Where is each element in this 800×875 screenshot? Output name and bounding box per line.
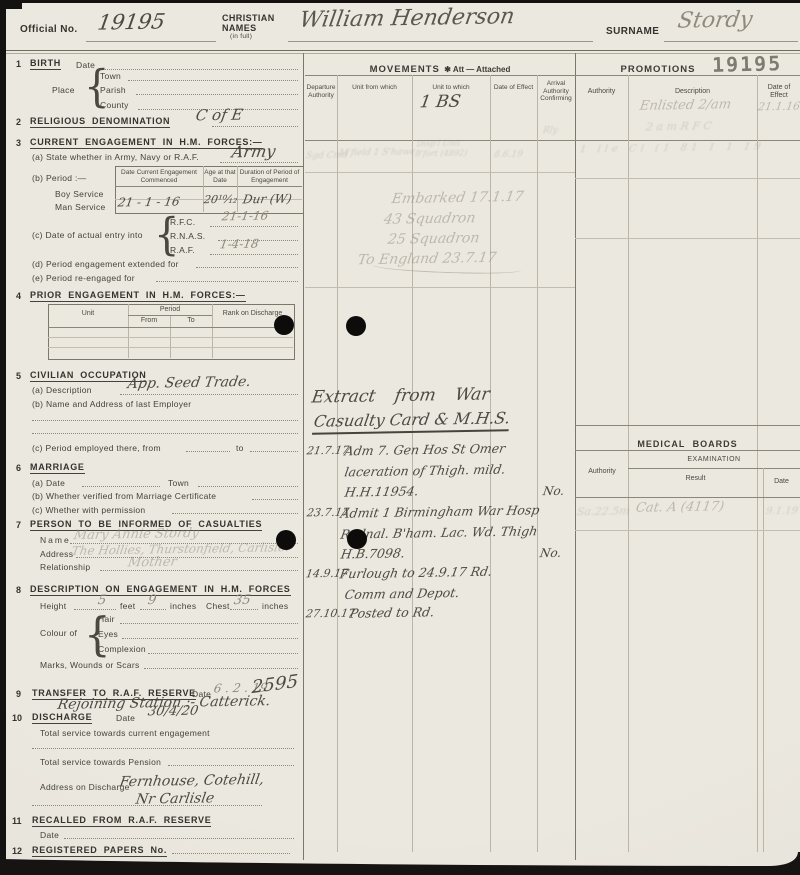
punch-hole [346, 316, 366, 336]
header-rule [6, 53, 800, 54]
form-line [120, 394, 298, 395]
s7-address-label: Address [40, 549, 73, 559]
marks-label: Marks, Wounds or Scars [40, 660, 140, 670]
movements-col-unit-to: Unit to which [414, 84, 488, 92]
height-feet-value: 5 [97, 593, 108, 608]
medical-entry-date: 9.1.19 [765, 506, 799, 518]
form-line [220, 162, 298, 163]
prior-period-label: Period [128, 306, 212, 314]
form-line [32, 433, 298, 434]
s8-num: 8 [16, 585, 21, 595]
punch-hole [276, 530, 296, 550]
movement-faint-arrival: Rly [542, 126, 558, 136]
s3-num: 3 [16, 138, 21, 148]
discharge-address-1: Fernhouse, Cotehill, [119, 772, 266, 791]
column-divider [575, 53, 576, 860]
form-line [252, 499, 298, 500]
movements-col-departure: Departure Authority [306, 84, 336, 99]
medical-box-top [575, 450, 800, 451]
table-line [48, 337, 293, 338]
s2-title: RELIGIOUS DENOMINATION [30, 116, 170, 128]
form-line [172, 853, 290, 854]
promotion-faint-line-2: 2 a m R F C [645, 119, 713, 133]
form-line [140, 609, 166, 610]
form-line [100, 69, 298, 70]
total-current-label: Total service towards current engagement [40, 728, 210, 738]
service-record-page: Official No. 19195 CHRISTIAN NAMES (in f… [0, 0, 800, 875]
period-col1: Date Current Engagement Commenced [117, 169, 201, 184]
s2-value: C of E [195, 106, 245, 125]
form-line [32, 748, 294, 749]
s7-rel-label: Relationship [40, 562, 90, 572]
eyes-label: Eyes [98, 629, 118, 639]
medical-header-rule [575, 497, 800, 498]
table-line [757, 75, 758, 852]
table-line [115, 186, 302, 187]
s3-a-value: Army [230, 142, 277, 162]
movements-col-date: Date of Effect [491, 84, 536, 92]
colour-label: Colour of [40, 628, 77, 638]
period-col2: Age at that Date [204, 169, 236, 184]
man-date: 21 - 1 - 16 [117, 194, 181, 209]
s6-title: MARRIAGE [30, 462, 85, 474]
s3-e-label: (e) Period re-engaged for [32, 273, 135, 283]
medical-title: MEDICAL BOARDS [637, 439, 737, 449]
promotions-header: PROMOTIONS [588, 59, 728, 77]
s3-b-label: (b) Period :— [32, 173, 86, 183]
promotion-entry-description: Enlisted 2/am [639, 97, 733, 114]
promotions-col-date: Date of Effect [758, 84, 800, 99]
medical-authority-label: Authority [577, 468, 627, 476]
movement-faint-unit-to-2: B'fort (4892) [414, 149, 468, 159]
entry-3-line2: Comm and Depot. [344, 585, 461, 602]
extract-title-1: Extract from War [310, 384, 491, 407]
movement-faint-date: 8.6.19 [493, 150, 523, 160]
s3-a-label: (a) State whether in Army, Navy or R.A.F… [32, 152, 199, 162]
christian-names-value: William Henderson [298, 4, 517, 33]
movement-log-1: Embarked 17.1.17 [391, 189, 525, 207]
handwritten-flourish [372, 259, 522, 275]
entry-3-line1: Furlough to 24.9.17 Rd. [339, 564, 494, 582]
s9-num: 9 [16, 689, 21, 699]
form-line [156, 281, 298, 282]
discharge-address-label: Address on Discharge [40, 782, 130, 792]
s1-place-label: Place [52, 85, 75, 95]
entry-1-line2: laceration of Thigh. mild. [344, 462, 507, 480]
s6-a-label: (a) Date [32, 478, 65, 488]
row-line [575, 530, 800, 531]
chest-label: Chest [206, 601, 230, 611]
s1-town-label: Town [100, 71, 121, 81]
table-line [763, 468, 764, 852]
s3-c-label: (c) Date of actual entry into [32, 230, 143, 240]
form-line [210, 226, 298, 227]
s1-parish-label: Parish [100, 85, 126, 95]
s1-num: 1 [16, 59, 21, 69]
period-col3: Duration of Period of Engagement [239, 169, 300, 184]
s4-title: PRIOR ENGAGEMENT IN H.M. FORCES:— [30, 290, 246, 302]
prior-to-label: To [170, 317, 212, 325]
table-line [628, 75, 629, 852]
movement-log-3: 25 Squadron [387, 230, 481, 248]
punch-hole [347, 529, 367, 549]
entry-1-line1: Adm 7. Gen Hos St Omer [344, 441, 507, 459]
movement-faint-unit-from: M'field 1 S'hawe [338, 147, 416, 158]
boy-service-label: Boy Service [55, 189, 104, 199]
s3-title: CURRENT ENGAGEMENT IN H.M. FORCES:— [30, 137, 263, 149]
form-line [250, 451, 298, 452]
s11-num: 11 [12, 816, 22, 826]
form-line [86, 41, 216, 42]
entry-1-line3: H.H.11954. [344, 483, 420, 499]
s6-c-label: (c) Whether with permission [32, 505, 145, 515]
medical-top-rule [575, 425, 800, 426]
raf-label: R.A.F. [170, 245, 195, 255]
form-line [120, 623, 298, 624]
s6-b-label: (b) Whether verified from Marriage Certi… [32, 491, 216, 501]
s5-a-value: App. Seed Trade. [127, 374, 252, 392]
s11-title: RECALLED FROM R.A.F. RESERVE [32, 815, 211, 827]
official-no-value: 19195 [96, 9, 167, 34]
feet-label: feet [120, 601, 135, 611]
form-line [186, 451, 230, 452]
form-line [288, 41, 593, 42]
inches-label: inches [170, 601, 196, 611]
entry-4-line1: Posted to Rd. [349, 604, 436, 620]
surname-value: Stordy [676, 7, 754, 33]
hair-label: Hair [98, 614, 115, 624]
s6-num: 6 [16, 463, 21, 473]
entry-2-line1: Admit 1 Birmingham War Hosp [340, 502, 541, 520]
form-line [64, 838, 294, 839]
s5-b-label: (b) Name and Address of last Employer [32, 399, 191, 409]
christian-names-label2: NAMES [222, 23, 257, 33]
total-pension-label: Total service towards Pension [40, 757, 161, 767]
movement-unit-to-entry: 1 BS [418, 92, 462, 113]
form-line [664, 41, 798, 42]
form-line [122, 638, 298, 639]
medical-examination-label: EXAMINATION [628, 456, 800, 464]
form-line [198, 486, 298, 487]
row-line [575, 238, 800, 239]
s10-num: 10 [12, 713, 22, 723]
man-age: 20¹⁰⁄₁₂ [203, 193, 239, 207]
s10-date-value: 30/4/20 [147, 704, 200, 720]
punch-hole [274, 315, 294, 335]
form-line [76, 557, 298, 558]
form-line [32, 805, 262, 806]
row-line [305, 172, 575, 173]
entry-2-line2: Rednal. B'ham. Lac. Wd. Thigh [340, 523, 539, 541]
surname-label: SURNAME [606, 26, 659, 37]
table-line [537, 75, 538, 852]
medical-entry-authority: Sa.22.5m [576, 505, 631, 519]
s7-num: 7 [16, 520, 21, 530]
form-line [168, 765, 294, 766]
header-rule [6, 50, 800, 51]
table-line [237, 166, 238, 212]
promotion-entry-date: 21.1.16 [757, 100, 800, 114]
s10-title: DISCHARGE [32, 712, 92, 724]
form-line [82, 486, 160, 487]
movement-log-2: 43 Squadron [383, 210, 477, 228]
serial-stamp: 19195 [712, 51, 783, 77]
extract-title-2: Casualty Card & M.H.S. [312, 408, 512, 434]
form-line [32, 420, 298, 421]
height-inches-value: 9 [147, 593, 158, 608]
chest-value: 35 [233, 593, 252, 608]
medical-exam-rule [628, 468, 800, 469]
top-edge [0, 0, 800, 3]
medical-date-label: Date [763, 478, 800, 486]
left-edge [0, 0, 6, 875]
complexion-label: Complexion [98, 644, 146, 654]
s5-c-label: (c) Period employed there, from [32, 443, 161, 453]
prior-from-label: From [128, 317, 170, 325]
s2-num: 2 [16, 117, 21, 127]
table-line [337, 75, 338, 852]
official-no-label: Official No. [20, 24, 78, 35]
entry-2-flag: No. [539, 546, 563, 560]
form-line [212, 126, 298, 127]
form-line [144, 668, 298, 669]
s4-num: 4 [16, 291, 21, 301]
movements-title: MOVEMENTS [370, 64, 440, 75]
man-service-label: Man Service [55, 202, 106, 212]
form-line [230, 609, 258, 610]
s10-date-label: Date [116, 713, 135, 723]
movements-col-arrival: Arrival Authority Confirming [538, 80, 574, 103]
s5-a-label: (a) Description [32, 385, 92, 395]
s5-num: 5 [16, 371, 21, 381]
s7-name-label: Name [40, 535, 71, 545]
promotions-col-description: Description [630, 88, 755, 96]
form-line [196, 267, 298, 268]
rfc-label: R.F.C. [170, 217, 195, 227]
s6-town-label: Town [168, 478, 189, 488]
movements-note: ✱ Att — Attached [444, 65, 510, 74]
s7-rel-value: Mother [127, 555, 178, 571]
man-duration: Dur (W) [242, 192, 293, 207]
form-line [148, 653, 298, 654]
promotions-title: PROMOTIONS [621, 64, 696, 75]
row-line [575, 178, 800, 179]
christian-names-label: CHRISTIAN [222, 13, 275, 23]
promotions-header-rule [575, 140, 800, 141]
inches2-label: inches [262, 601, 288, 611]
medical-entry-result: Cat. A (4117) [635, 499, 726, 516]
form-line [136, 94, 298, 95]
row-line [305, 287, 575, 288]
table-line [48, 347, 293, 348]
height-label: Height [40, 601, 66, 611]
s12-num: 12 [12, 846, 22, 856]
form-line [210, 254, 298, 255]
s11-date-label: Date [40, 830, 59, 840]
promotions-col-authority: Authority [576, 88, 627, 96]
s3-d-label: (d) Period engagement extended for [32, 259, 179, 269]
rfc-value: 21-1-16 [221, 209, 270, 224]
movements-col-unit-from: Unit from which [339, 84, 410, 92]
table-line [128, 315, 212, 316]
entry-2-line3: H.B.7098. [340, 545, 406, 561]
s1-county-label: County [100, 100, 129, 110]
promotion-faint-line-3: 1 lle Cl (1 81 1 1 19 [579, 141, 766, 155]
entry-1-flag: No. [542, 484, 566, 498]
s1-title: BIRTH [30, 58, 61, 70]
prior-unit-label: Unit [48, 310, 128, 318]
s7-name-value: Mary Annie Stordy [73, 526, 200, 543]
movement-faint-unit-to-1: Disp'l Unit [416, 139, 461, 149]
table-line [48, 327, 293, 328]
christian-names-sub: (in full) [230, 33, 252, 40]
form-line [100, 570, 298, 571]
form-line [128, 80, 298, 81]
s5-to-label: to [236, 443, 244, 453]
raf-value: 1-4-18 [219, 237, 260, 252]
s12-title: REGISTERED PAPERS No. [32, 845, 167, 857]
rnas-label: R.N.A.S. [170, 231, 205, 241]
medical-result-label: Result [628, 475, 763, 483]
s7-address-value: The Hollies, Thurstonfield, Carlisle. [71, 540, 291, 558]
form-line [172, 513, 298, 514]
